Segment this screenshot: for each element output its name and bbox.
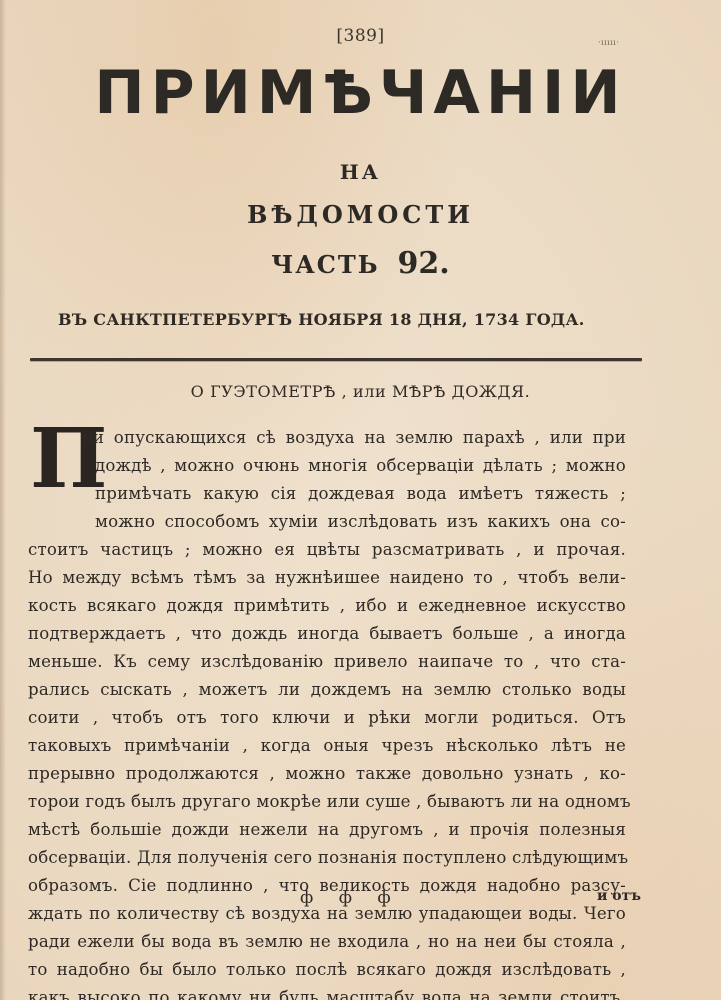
- subtitle-na: НА: [0, 160, 721, 184]
- section-heading: О ГУЭТОМЕТРѢ , или МѢРѢ ДОЖДЯ.: [0, 382, 721, 401]
- body-line: торои годъ былъ другаго мокрѣе или суше …: [28, 792, 626, 811]
- dateline: ВЪ САНКТПЕТЕРБУРГѢ НОЯБРЯ 18 ДНЯ, 1734 Г…: [58, 310, 618, 329]
- drop-cap: П: [30, 424, 72, 494]
- body-line: подтверждаетъ , что дождь иногда бываетъ…: [28, 624, 626, 643]
- subtitle-vedomosti: ВѢДОМОСТИ: [0, 200, 721, 229]
- body-line: какъ высоко по какому ни будь масштабу в…: [28, 988, 626, 1000]
- catchword: и отъ: [597, 888, 641, 904]
- body-line: соити , чтобъ отъ того ключи и рѣки могл…: [28, 708, 626, 727]
- catchline: ф ф ф и отъ: [0, 888, 721, 912]
- body-line: примѣчать какую сія дождевая вода имѣетъ…: [95, 484, 626, 503]
- part-number: 92.: [398, 246, 450, 281]
- corner-mark: ·ııııı·: [598, 38, 619, 47]
- body-line: мѣстѣ большіе дожди нежели на другомъ , …: [28, 820, 626, 839]
- part-label: ЧАСТЬ: [271, 250, 379, 279]
- page-edge: [0, 0, 6, 1000]
- body-line: можно способомъ хуміи изслѣдовать изъ ка…: [95, 512, 626, 531]
- body-line: дождѣ , можно очюнь многія обсерваціи дѣ…: [95, 456, 626, 475]
- body-line: то надобно бы было только послѣ всякаго …: [28, 960, 626, 979]
- fleuron-ornament: ф ф ф: [300, 888, 401, 908]
- body-line: меньше. Къ сему изслѣдованію привело наи…: [28, 652, 626, 671]
- body-line: стоитъ частицъ ; можно ея цвѣты разсматр…: [28, 540, 626, 559]
- part-line: ЧАСТЬ92.: [0, 246, 721, 281]
- body-line: рались сыскать , можетъ ли дождемъ на зе…: [28, 680, 626, 699]
- body-line: обсерваціи. Для полученія сего познанія …: [28, 848, 626, 867]
- horizontal-rule: [30, 358, 642, 361]
- body-line: ради ежели бы вода въ землю не входила ,…: [28, 932, 626, 951]
- body-line: прерывно продолжаются , можно также дово…: [28, 764, 626, 783]
- body-line: кость всякаго дождя примѣтить , ибо и еж…: [28, 596, 626, 615]
- body-line: таковыхъ примѣчаніи , когда оныя чрезъ н…: [28, 736, 626, 755]
- body-line: ри опускающихся сѣ воздуха на землю пара…: [82, 428, 626, 447]
- page-title: ПРИМѢЧАНІИ: [0, 58, 721, 128]
- body-line: Но между всѣмъ тѣмъ за нужнѣишее наидено…: [28, 568, 626, 587]
